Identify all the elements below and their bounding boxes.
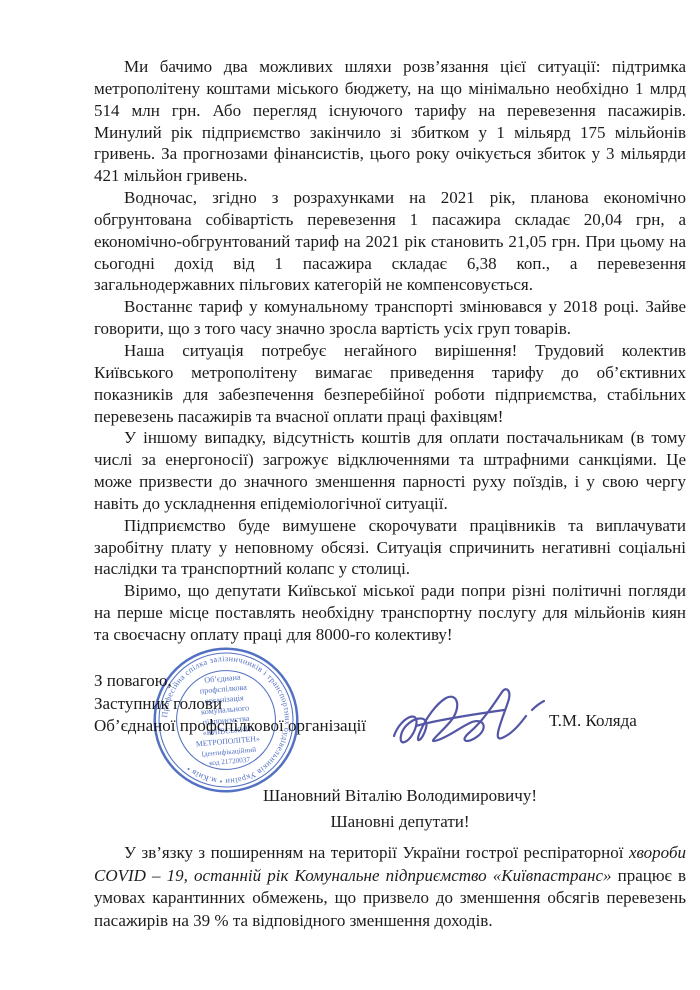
signer-name: Т.М. Коляда xyxy=(549,711,637,731)
paragraph-tariff-2021: Водночас, згідно з розрахунками на 2021 … xyxy=(94,187,686,296)
paragraph-consequences: У іншому випадку, відсутність коштів для… xyxy=(94,427,686,514)
paragraph-layoffs: Підприємство буде вимушене скорочувати п… xyxy=(94,515,686,581)
letter-body: Ми бачимо два можливих шляхи розв’язання… xyxy=(94,56,686,646)
scanned-letter-page: Ми бачимо два можливих шляхи розв’язання… xyxy=(0,0,700,990)
covid-text-normal-1: У зв’язку з поширенням на території Укра… xyxy=(124,843,629,862)
paragraph-covid: У зв’язку з поширенням на території Укра… xyxy=(94,842,686,933)
org-stamp-icon: Професійна спілка залізничників і трансп… xyxy=(144,638,309,803)
signature-handwriting-icon xyxy=(386,680,556,772)
paragraph-solutions: Ми бачимо два можливих шляхи розв’язання… xyxy=(94,56,686,187)
paragraph-demand: Наша ситуація потребує негайного вирішен… xyxy=(94,340,686,427)
paragraph-last-change-2018: Востаннє тариф у комунальному транспорті… xyxy=(94,296,686,340)
greeting-addressee: Шановний Віталію Володимировичу! xyxy=(114,783,686,809)
paragraph-appeal: Віримо, що депутати Київської міської ра… xyxy=(94,580,686,646)
greeting-deputies: Шановні депутати! xyxy=(114,809,686,835)
greeting-block: Шановний Віталію Володимировичу! Шановні… xyxy=(94,783,686,835)
